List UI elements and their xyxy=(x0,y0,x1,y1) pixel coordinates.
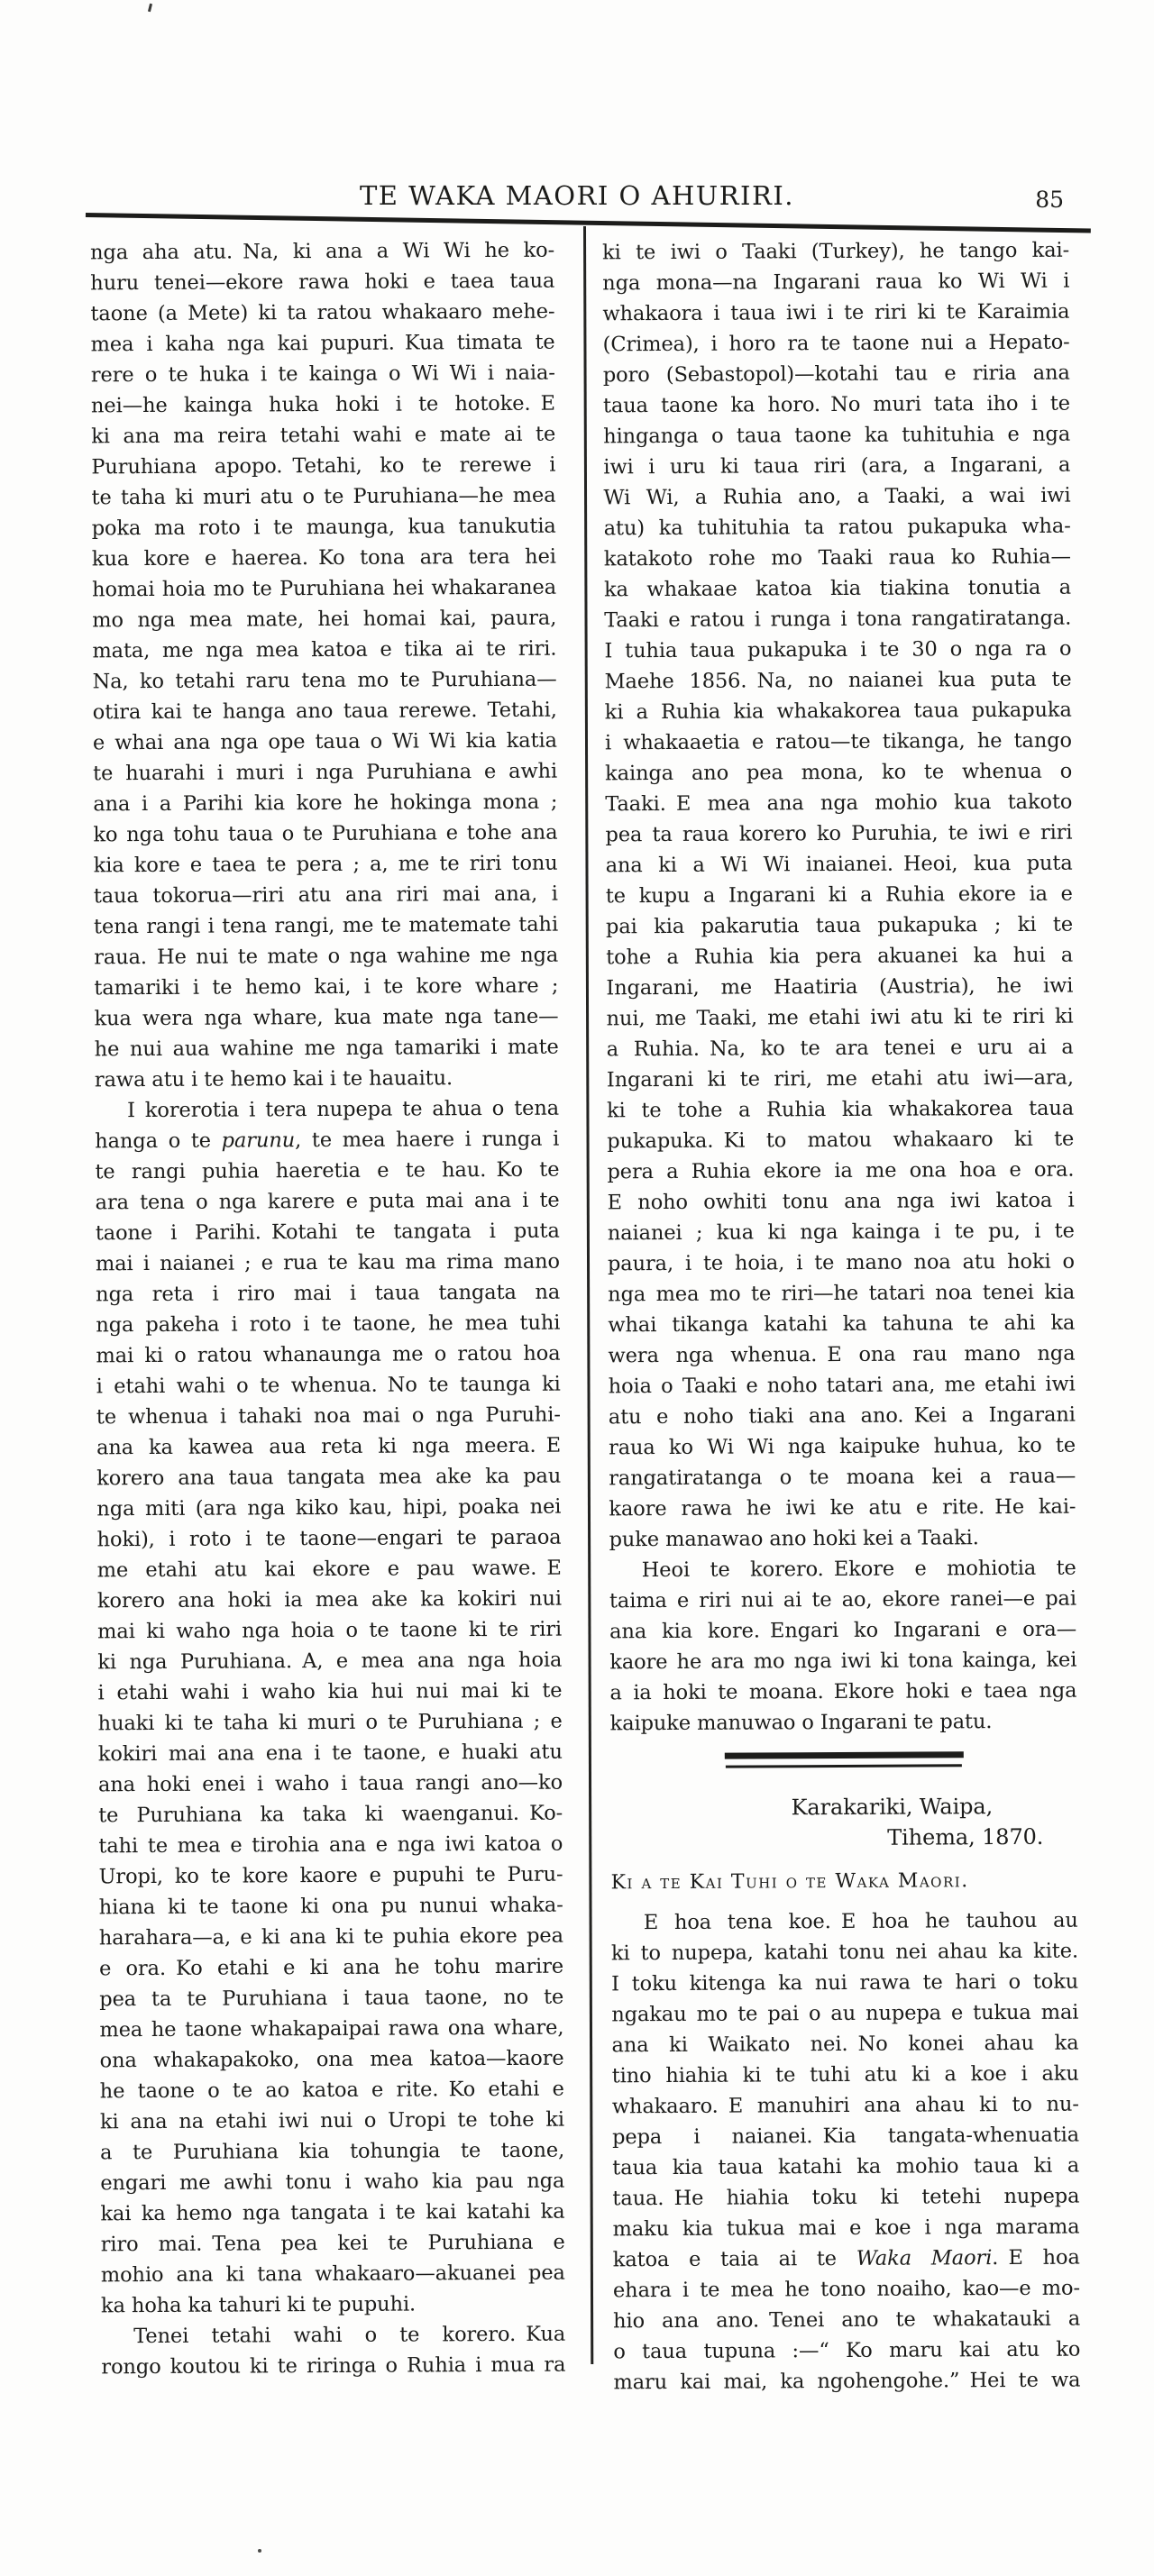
text-line: ka hoha ka tahuri ki te pupuhi. xyxy=(101,2288,565,2322)
text-line: paura, i te hoia, i te mano noa atu hoki… xyxy=(608,1247,1075,1280)
text-line: rongo koutou ki te riringa o Ruhia i mua… xyxy=(101,2350,565,2383)
text-line: pea ta raua korero ko Puruhia, te iwi e … xyxy=(605,818,1072,851)
text-line: a Ruhia. Na, ko te ara tenei e uru ai a xyxy=(607,1032,1074,1065)
text-line: tino hiahia ki te tuhi atu ki a koe i ak… xyxy=(612,2059,1079,2092)
text-line: poka ma roto i te maunga, kua tanukutia xyxy=(92,511,556,544)
text-line: harahara—a, e ki ana ki te puhia ekore p… xyxy=(99,1921,563,1954)
text-line: rangatiratanga o te moana kei a raua— xyxy=(609,1461,1076,1494)
text-line: he taone o te ao katoa e rite. Ko etahi … xyxy=(100,2074,564,2107)
text-line: nga pakeha i roto i te taone, he mea tuh… xyxy=(96,1308,560,1341)
text-line: huaki ki te taha ki muri o te Puruhiana … xyxy=(98,1706,563,1740)
text-line: Taaki e ratou i runga i tona rangatirata… xyxy=(604,603,1071,636)
text-line: ana ki a Wi Wi inaianei. Heoi, kua puta xyxy=(606,848,1073,882)
text-line: kaipuke manuwao o Ingarani te patu. xyxy=(610,1706,1077,1740)
text-line: homai hoia mo te Puruhiana hei whakarane… xyxy=(92,572,556,606)
text-line: pai kia pakarutia taua pukapuka ; ki te xyxy=(606,909,1073,943)
text-line: mai ki o ratou whanaunga me o ratou hoa xyxy=(96,1338,560,1372)
text-line: ona whakapakoko, ona mea katoa—kaore xyxy=(100,2043,564,2077)
text-line: nui, me Taaki, me etahi iwi atu ki te ri… xyxy=(606,1001,1073,1035)
text-line: hanga o te parunu, te mea haere i runga … xyxy=(95,1124,559,1157)
text-line: a te Puruhiana kia tohungia te taone, xyxy=(100,2135,564,2169)
text-line: kaore rawa he iwi ke atu e rite. He kai- xyxy=(609,1492,1076,1525)
text-line: ana ki Waikato nei. No konei ahau ka xyxy=(611,2028,1078,2061)
text-line: rere o te huka i te kainga o Wi Wi i nai… xyxy=(91,358,555,391)
text-line: ehara i te mea he tono noaiho, kao—e mo- xyxy=(613,2273,1080,2307)
text-line: kainga ano pea mona, ko te whenua o xyxy=(605,756,1072,790)
text-line: taua tokorua—riri atu ana riri mai ana, … xyxy=(94,879,558,912)
text-line: mai i naianei ; e rua te kau ma rima man… xyxy=(96,1247,560,1280)
text-line: taua kia taua katahi ka mohio taua ki a xyxy=(612,2151,1079,2184)
text-line: nei—he kainga huka hoki i te hotoke. E xyxy=(91,388,555,422)
left-column: nga aha atu. Na, ki ana a Wi Wi he ko-hu… xyxy=(90,235,565,2383)
right-column: ki te iwi o Taaki (Turkey), he tango kai… xyxy=(602,235,1081,2398)
text-line: Heoi te korero. Ekore e mohiotia te xyxy=(609,1553,1076,1586)
text-line: katoa e taia ai te Waka Maori. E hoa xyxy=(613,2243,1080,2276)
text-line: ana ka kawea aua reta ki nga meera. E xyxy=(96,1430,561,1464)
text-line: taone i Parihi. Kotahi te tangata i puta xyxy=(96,1216,560,1249)
text-line: hio ana ano. Tenei ano te whakatauki a xyxy=(613,2304,1080,2337)
text-line: whakaaro. E manuhiri ana ahau ki to nu- xyxy=(612,2089,1079,2123)
text-line: te kupu a Ingarani ki a Ruhia ekore ia e xyxy=(606,879,1073,912)
text-line: ara tena o nga karere e puta mai ana i t… xyxy=(96,1185,560,1219)
text-line: kokiri mai ana ena i te taone, e huaki a… xyxy=(98,1737,563,1770)
text-line: mohio ana ki tana whakaaro—akuanei pea xyxy=(101,2258,565,2291)
text-line: mea i kaha nga kai pupuri. Kua timata te xyxy=(91,327,555,361)
divider-thin-rule xyxy=(726,1764,962,1768)
newspaper-title: TE WAKA MAORI O AHURIRI. xyxy=(0,180,1154,211)
text-line: ngakau mo te pai o au nupepa e tukua mai xyxy=(611,1997,1078,2031)
scan-speck xyxy=(148,4,152,12)
text-line: kaore he ara mo nga iwi ki tona kainga, … xyxy=(609,1645,1076,1678)
text-line: maru kai mai, ka ngohengohe.” Hei te wa xyxy=(613,2365,1080,2398)
text-line: ki ana na etahi iwi nui o Uropi te tohe … xyxy=(100,2105,564,2138)
divider-thick-rule xyxy=(724,1751,963,1758)
text-line: E hoa tena koe. E hoa he tauhou au xyxy=(611,1905,1078,1939)
text-line: ki te tohe a Ruhia kia whakakorea taua xyxy=(607,1093,1074,1127)
masthead-rule xyxy=(86,213,1091,233)
text-line: huru tenei—ekore rawa hoki e taea taua xyxy=(90,266,554,299)
text-line: korero ana hoki ia mea ake ka kokiri nui xyxy=(97,1584,562,1617)
text-line: (Crimea), i horo ra te taone nui a Hepat… xyxy=(603,327,1070,361)
text-line: Na, ko tetahi raru tena mo te Puruhiana— xyxy=(92,664,556,698)
letter-dateline: Karakariki, Waipa, xyxy=(610,1791,1077,1824)
text-line: Maehe 1856. Na, no naianei kua puta te xyxy=(604,664,1071,698)
text-line: riro mai. Tena pea kei te Puruhiana e xyxy=(101,2227,565,2261)
text-line: I toku kitenga ka nui rawa te hari o tok… xyxy=(611,1967,1078,2000)
text-line: o taua tupuna :—“ Ko maru kai atu ko xyxy=(613,2334,1080,2368)
text-line: hoki), i roto i te taone—engari te parao… xyxy=(96,1522,561,1556)
text-line: kua wera nga whare, kua mate nga tane— xyxy=(94,1001,558,1035)
letter-salutation-heading: Ki a te Kai Tuhi o te Waka Maori. xyxy=(610,1865,1077,1900)
text-line: tohe a Ruhia kia pera akuanei ka hui a xyxy=(606,940,1073,973)
text-line: Puruhiana apopo. Tetahi, ko te rerewe i xyxy=(91,450,555,483)
text-line: otira kai te hanga ano taua rerewe. Teta… xyxy=(93,695,557,728)
text-line: ki a Ruhia kia whakakorea taua pukapuka xyxy=(605,695,1072,728)
text-line: raua. He nui te mate o nga wahine me nga xyxy=(94,940,558,973)
scan-speck xyxy=(258,2549,261,2553)
text-line: Taaki. E mea ana nga mohio kua takoto xyxy=(605,787,1072,820)
text-line: pukapuka. Ki to matou whakaaro ki te xyxy=(607,1124,1074,1157)
text-line: iwi i uru ki taua riri (ara, a Ingarani,… xyxy=(603,450,1070,483)
text-line: te rangi puhia haeretia e te hau. Ko te xyxy=(95,1155,559,1188)
text-line: puke manawao ano hoki kei a Taaki. xyxy=(609,1522,1076,1556)
text-line: taua. He hiahia toku ki tetehi nupepa xyxy=(612,2181,1079,2215)
text-line: tamariki i te hemo kai, i te kore whare … xyxy=(94,971,558,1004)
text-line: whai tikanga katahi ka tahuna te ahi ka xyxy=(608,1308,1075,1341)
text-line: Tenei tetahi wahi o te korero. Kua xyxy=(101,2319,565,2352)
text-line: ko nga tohu taua o te Puruhiana e tohe a… xyxy=(93,818,557,851)
text-line: taima e riri nui ai te ao, ekore ranei—e… xyxy=(609,1584,1076,1617)
text-line: pepa i naianei. Kia tangata-whenuatia xyxy=(612,2120,1079,2153)
text-line: kua kore e haerea. Ko tona ara tera hei xyxy=(92,542,556,575)
text-line: poro (Sebastopol)—kotahi tau e riria ana xyxy=(603,358,1070,391)
text-line: nga mona—na Ingarani raua ko Wi Wi i xyxy=(602,266,1069,299)
text-line: atu e noho tiaki ana ano. Kei a Ingarani xyxy=(609,1400,1076,1433)
text-line: E noho owhiti tonu ana nga iwi katoa i xyxy=(608,1185,1075,1219)
text-line: ana hoki enei i waho i taua rangi ano—ko xyxy=(98,1768,563,1801)
text-line: mea he taone whakapaipai rawa ona whare, xyxy=(99,2013,563,2046)
text-line: ka whakaae katoa kia tiakina tonutia a xyxy=(604,572,1071,606)
text-line: I korerotia i tera nupepa te ahua o tena xyxy=(95,1093,559,1127)
text-line: ana i a Parihi kia kore he hokinga mona … xyxy=(93,787,557,820)
text-line: e ora. Ko etahi e ki ana he tohu marire xyxy=(99,1951,563,1985)
text-line: kai ka hemo nga tangata i te kai katahi … xyxy=(100,2197,564,2230)
text-line: korero ana taua tangata mea ake ka pau xyxy=(96,1461,561,1494)
text-line: Ingarani, me Haatiria (Austria), he iwi xyxy=(606,971,1073,1004)
text-line: te Puruhiana ka taka ki waenganui. Ko- xyxy=(98,1798,563,1832)
text-line: Uropi, ko te kore kaore e pupuhi te Puru… xyxy=(98,1859,563,1893)
text-line: naianei ; kua ki nga kainga i te pu, i t… xyxy=(608,1216,1075,1249)
section-divider-rule xyxy=(610,1751,1077,1769)
text-line: nga aha atu. Na, ki ana a Wi Wi he ko- xyxy=(90,235,554,269)
text-line: he nui aua wahine me nga tamariki i mate xyxy=(95,1032,559,1065)
text-line: tahi te mea e tirohia ana e nga iwi kato… xyxy=(98,1829,563,1862)
text-line: hiana ki te taone ki ona pu nunui whaka- xyxy=(99,1890,563,1923)
text-line: Ingarani ki te riri, me etahi atu iwi—ar… xyxy=(607,1063,1074,1096)
text-line: me etahi atu kai ekore e pau wawe. E xyxy=(97,1553,562,1586)
text-line: mo nga mea mate, hei homai kai, paura, xyxy=(92,603,556,636)
text-line: i etahi wahi o te whenua. No te taunga k… xyxy=(96,1369,561,1402)
text-line: hoia o Taaki e noho tatari ana, me etahi… xyxy=(609,1369,1076,1402)
text-line: rawa atu i te hemo kai i te hauaitu. xyxy=(95,1063,559,1096)
text-line: whakaora i taua iwi i te riri ki te Kara… xyxy=(602,297,1069,330)
text-line: nga reta i riro mai i taua tangata na xyxy=(96,1277,560,1311)
text-line: raua ko Wi Wi nga kaipuke huhua, ko te xyxy=(609,1430,1076,1464)
text-line: taua taone ka horo. No muri tata iho i t… xyxy=(603,388,1070,422)
text-line: te huarahi i muri i nga Puruhiana e awhi xyxy=(93,756,557,790)
text-line: i whakaaetia e ratou—te tikanga, he tang… xyxy=(605,726,1072,759)
text-line: kia kore e taea te pera ; a, me te riri … xyxy=(94,848,558,882)
text-line: atu) ka tuhituhia ta ratou pukapuka wha- xyxy=(604,511,1071,544)
text-line: taone (a Mete) ki ta ratou whakaaro mehe… xyxy=(90,297,554,330)
text-line: hinganga o taua taone ka tuhituhia e nga xyxy=(603,419,1070,452)
text-line: mai ki waho nga hoia o te taone ki te ri… xyxy=(97,1614,562,1648)
text-line: katakoto rohe mo Taaki raua ko Ruhia— xyxy=(604,542,1071,575)
newspaper-page: TE WAKA MAORI O AHURIRI. 85 nga aha atu.… xyxy=(0,0,1154,2576)
text-line: ki nga Puruhiana. A, e mea ana nga hoia xyxy=(97,1645,562,1678)
text-line: ki to nupepa, katahi tonu nei ahau ka ki… xyxy=(611,1936,1078,1969)
text-line: te whenua i tahaki noa mai o nga Puruhi- xyxy=(96,1400,561,1433)
text-line: wera nga whenua. E ona rau mano nga xyxy=(608,1338,1075,1372)
text-line: a ia hoki te moana. Ekore hoki e taea ng… xyxy=(609,1676,1076,1709)
text-line: te taha ki muri atu o te Puruhiana—he me… xyxy=(91,480,555,514)
text-line: tena rangi i tena rangi, me te matemate … xyxy=(94,909,558,943)
text-line: e whai ana nga ope taua o Wi Wi kia kati… xyxy=(93,726,557,759)
page-number: 85 xyxy=(1035,187,1064,213)
text-line: maku kia tukua mai e koe i nga marama xyxy=(612,2212,1079,2245)
text-line: ki te iwi o Taaki (Turkey), he tango kai… xyxy=(602,235,1069,269)
text-line: pea ta te Puruhiana i taua taone, no te xyxy=(99,1982,563,2015)
text-line: pera a Ruhia ekore ia me ona hoa e ora. xyxy=(607,1155,1074,1188)
text-line: engari me awhi tonu i waho kia pau nga xyxy=(100,2166,564,2199)
column-divider-rule xyxy=(583,226,593,2364)
letter-dateline: Tihema, 1870. xyxy=(610,1822,1077,1855)
text-line: nga mea mo te riri—he tatari noa tenei k… xyxy=(608,1277,1075,1311)
text-line: mata, me nga mea katoa e tika ai te riri… xyxy=(92,634,556,667)
text-line: ki ana ma reira tetahi wahi e mate ai te xyxy=(91,419,555,452)
text-line: I tuhia taua pukapuka i te 30 o nga ra o xyxy=(604,634,1071,667)
text-line: Wi Wi, a Ruhia ano, a Taaki, a wai iwi xyxy=(603,480,1070,514)
text-line: i etahi wahi i waho kia hui nui mai ki t… xyxy=(97,1676,562,1709)
text-line: ana kia kore. Engari ko Ingarani e ora— xyxy=(609,1614,1076,1648)
text-line: nga miti (ara nga kiko kau, hipi, poaka … xyxy=(96,1492,561,1525)
